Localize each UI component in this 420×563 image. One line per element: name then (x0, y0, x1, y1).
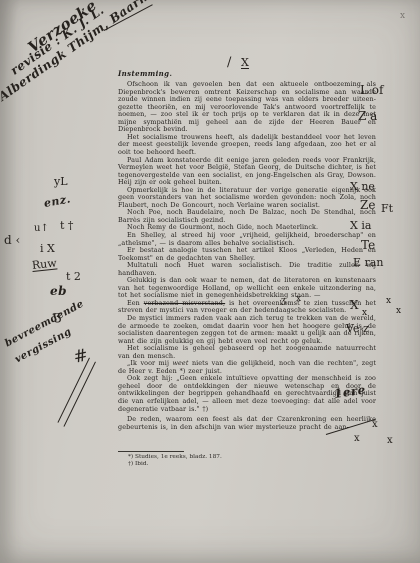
text-segment: Opmerkelijk is hoe in de literatuur der … (118, 186, 376, 209)
scanned-proof-page: Instemming. Ofschoon ik van gevoelen ben… (0, 0, 420, 563)
paragraph: Noch Poe, noch Baudelaire, noch De Balza… (118, 209, 376, 224)
paragraph: Multatuli noch Huet waren socialistisch.… (118, 262, 376, 277)
margin-mark: ʒ (54, 310, 61, 323)
paragraph: Het socialisme is geheel gebaseerd op he… (118, 345, 376, 360)
paragraph: Ofschoon ik van gevoelen ben dat een akt… (118, 81, 376, 134)
text-segment: De mystici immers raden vaak aan zich te… (118, 314, 376, 345)
margin-mark: t 2 (66, 271, 81, 282)
hash-tail-2 (63, 362, 96, 427)
paragraph: „Ik voor mij weet niets van die gelijkhe… (118, 360, 376, 375)
footnotes: *) Studies, 1e reeks, bladz. 187. †) Ibi… (128, 454, 368, 468)
margin-mark: d ‹ (4, 234, 20, 246)
text-segment: Paul Adam konstateerde dit eenige jaren … (118, 156, 376, 187)
margin-note: vergissing (14, 327, 74, 365)
margin-mark: enz. (43, 193, 72, 209)
hash-tail-1 (57, 358, 90, 423)
paragraph: Het socialisme trouwens heeft, als dadel… (118, 134, 376, 157)
paragraph: De mystici immers raden vaak aan zich te… (118, 315, 376, 345)
text-segment: Ook zegt hij: „Geen enkele intuïtieve op… (118, 374, 376, 412)
margin-mark: u↑ (34, 224, 49, 234)
check-mark: ∕ (227, 56, 231, 69)
footnote-1: *) Studies, 1e reeks, bladz. 187. (128, 454, 368, 461)
margin-mark: Ft (381, 203, 393, 214)
paragraph: Opmerkelijk is hoe in de literatuur der … (118, 187, 376, 210)
text-segment: Er bestaat analogie tusschen het artikel… (118, 246, 376, 262)
paragraph: Paul Adam konstateerde dit eenige jaren … (118, 157, 376, 187)
page-title: Instemming. (118, 70, 376, 78)
text-segment: De reden, waarom een feest als dat der C… (118, 415, 376, 431)
x-mark: x (396, 307, 401, 316)
hash-mark: # (72, 347, 89, 367)
footnote-2: †) Ibid. (128, 461, 368, 468)
printed-text: Instemming. Ofschoon ik van gevoelen ben… (118, 70, 376, 431)
margin-note: bevreemdende (4, 299, 86, 349)
text-segment: Gelukkig is dan ook waar te nemen, dat d… (118, 276, 376, 299)
paragraph: En Shelley, al streed hij voor „vrijheid… (118, 232, 376, 247)
text-segment: Ofschoon ik van gevoelen ben dat een akt… (118, 80, 376, 133)
x-mark: x (386, 297, 391, 306)
corner-flourish (104, 4, 153, 31)
margin-mark: eb (50, 285, 67, 297)
margin-mark: yL (54, 176, 68, 187)
text-segment: Het socialisme is geheel gebaseerd op he… (118, 344, 376, 360)
x-mark: x (354, 434, 360, 444)
paragraph: Ook zegt hij: „Geen enkele intuïtieve op… (118, 375, 376, 413)
corner-note-line-2: revisie : K. J. L. (9, 4, 107, 77)
margin-mark: i X (40, 243, 55, 254)
paragraph: De reden, waarom een feest als dat der C… (118, 416, 376, 431)
corner-note-line-1: Verzoeke (26, 0, 100, 56)
paragraph: Er bestaat analogie tusschen het artikel… (118, 247, 376, 262)
text-segment: Het socialisme trouwens heeft, als dadel… (118, 133, 376, 156)
paragraph: Een verbazend misverstand, is het overee… (118, 300, 376, 315)
margin-mark: Ruw (31, 257, 57, 272)
x-mark: x (400, 12, 405, 21)
margin-mark: t † (60, 220, 73, 231)
text-segment: En Shelley, al streed hij voor „vrijheid… (118, 231, 376, 247)
x-mark: X (241, 57, 249, 69)
paragraph: Gelukkig is dan ook waar te nemen, dat d… (118, 277, 376, 300)
footnote-divider (118, 451, 184, 452)
text-segment: Multatuli noch Huet waren socialistisch.… (118, 261, 376, 277)
text-segment: Noch Poe, noch Baudelaire, noch De Balza… (118, 208, 376, 224)
x-mark: x (387, 436, 393, 446)
